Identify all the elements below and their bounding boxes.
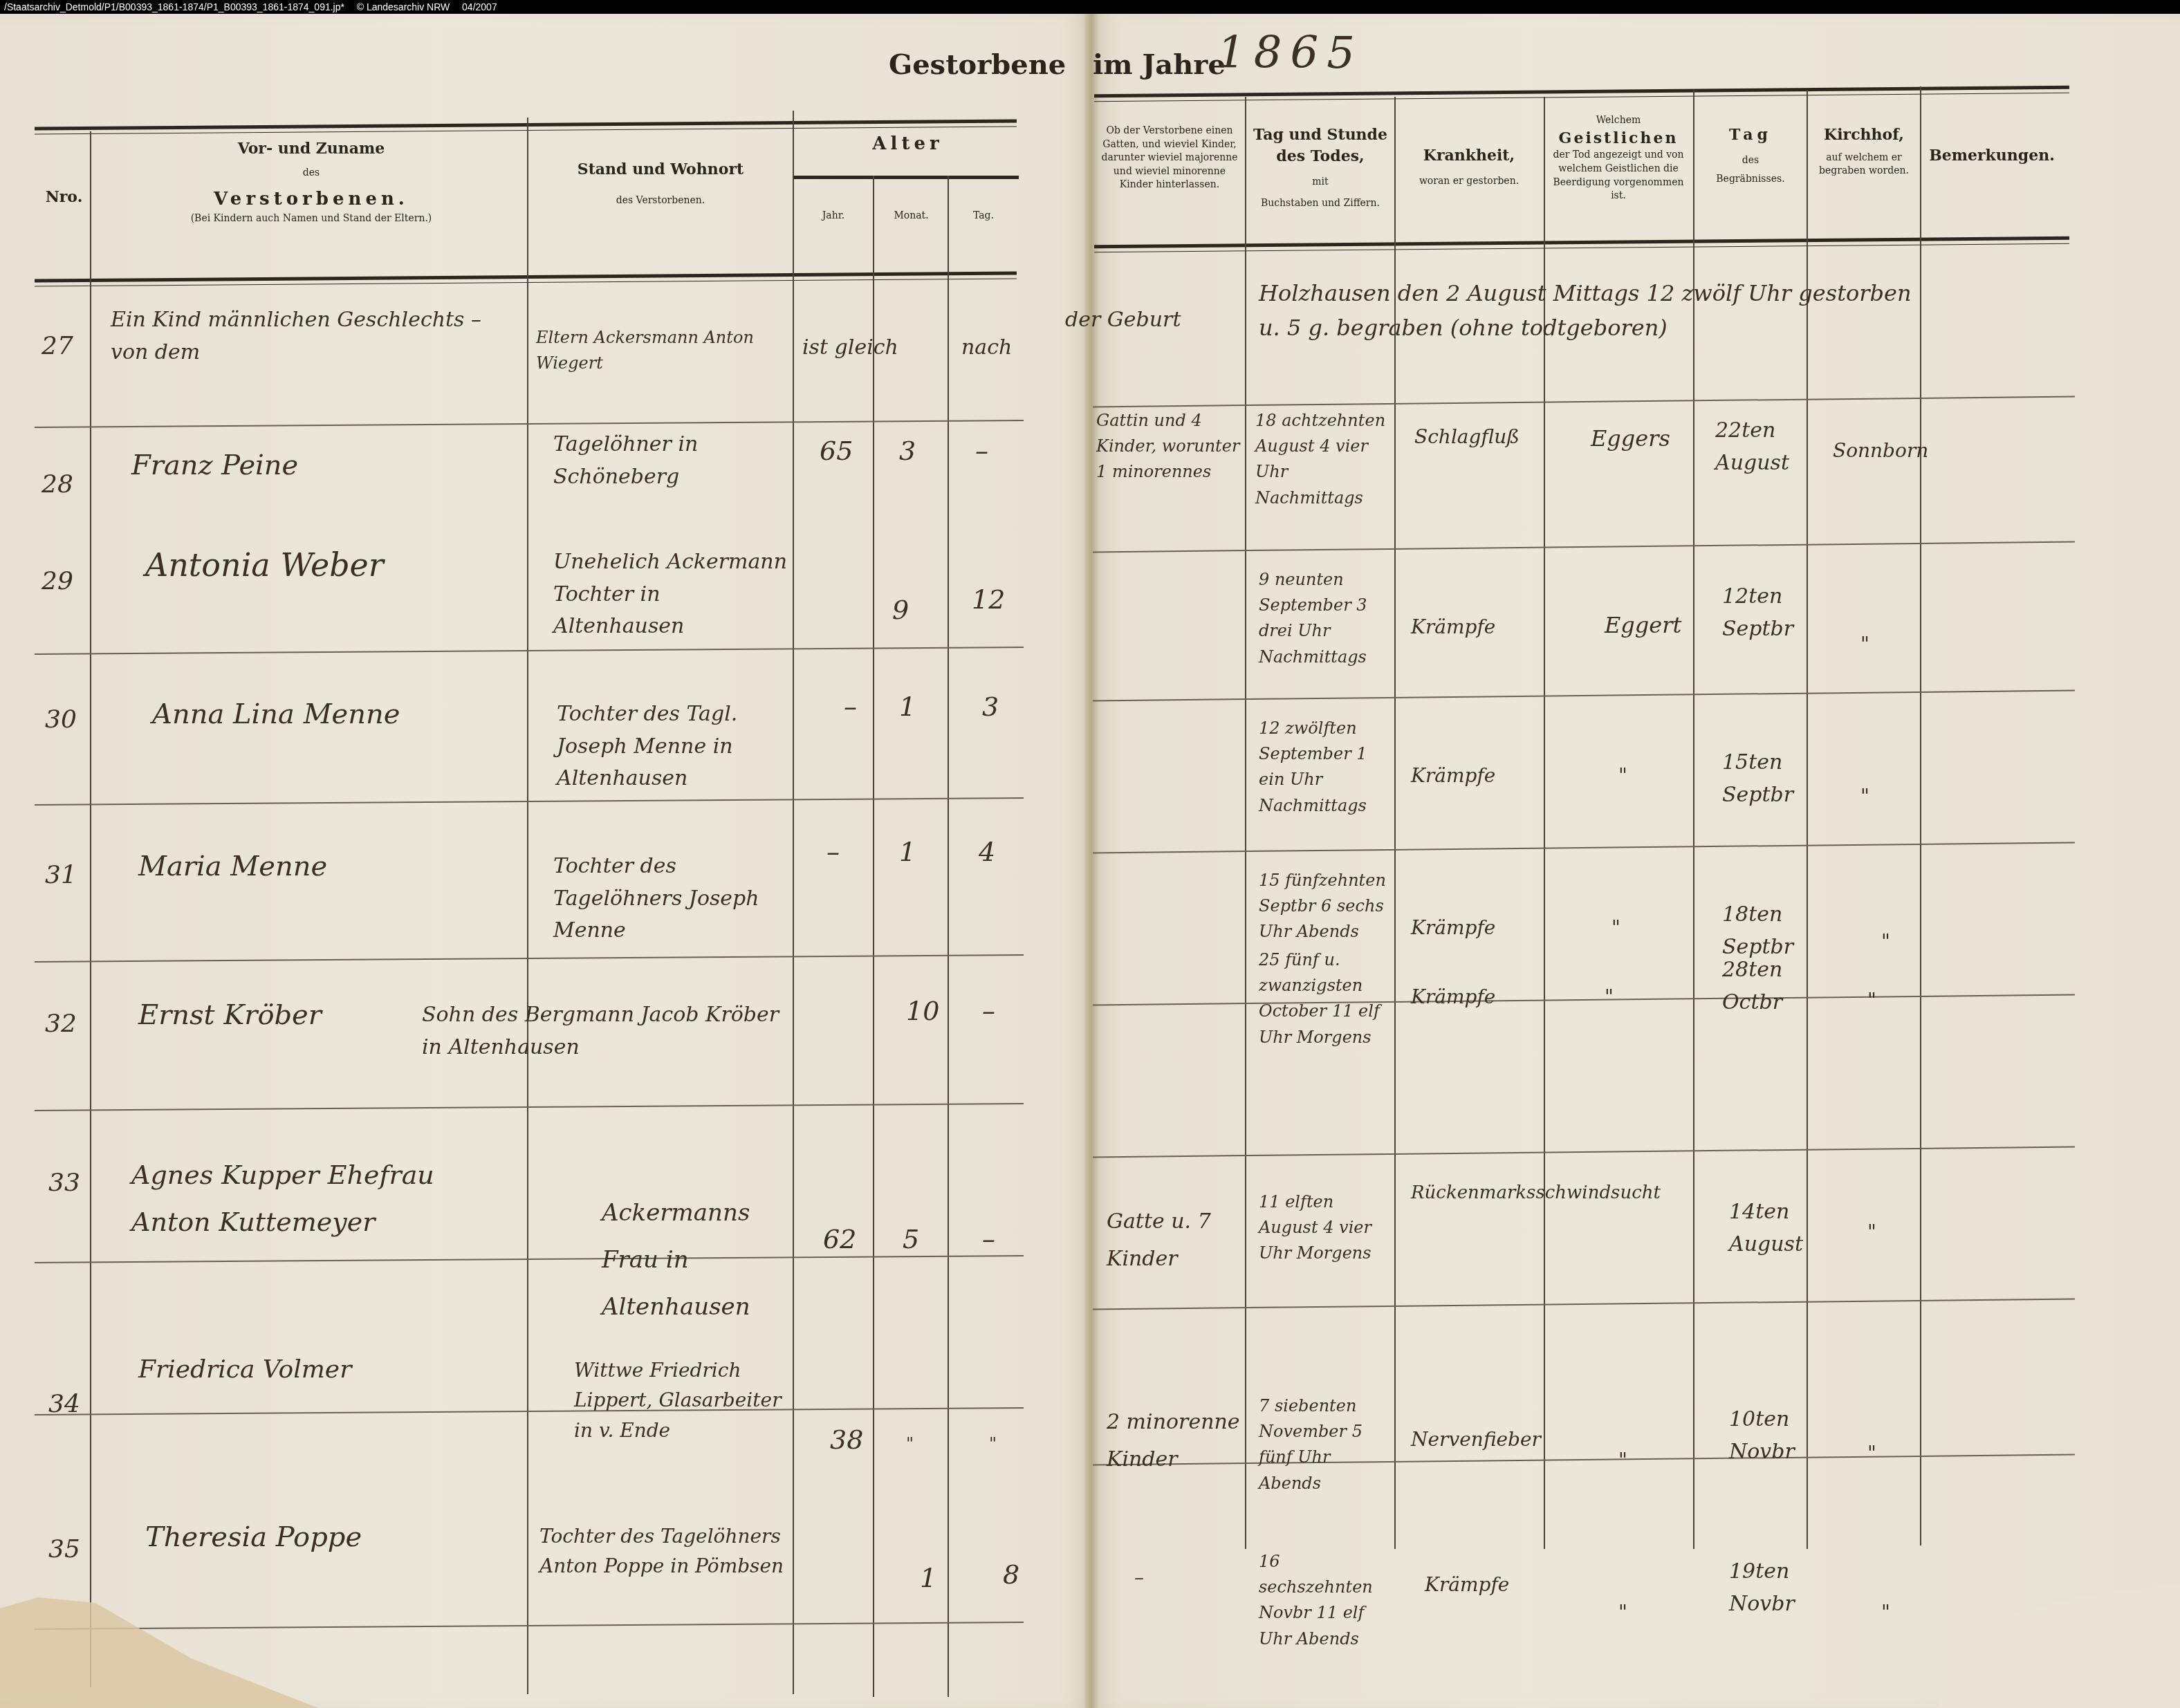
col-divider [527, 118, 528, 1694]
col-header-gatte: Ob der Verstorbene einen Gatten, und wie… [1096, 124, 1243, 192]
col-divider [90, 131, 91, 1687]
col-header-nr: Nro. [38, 187, 90, 208]
heading-im-jahre: im Jahre [1093, 48, 1226, 81]
col-header-bemerkungen: Bemerkungen. [1923, 145, 2061, 167]
file-path: /Staatsarchiv_Detmold/P1/B00393_1861-187… [4, 1, 344, 12]
col-header-tag: Tag. [949, 207, 1018, 223]
book-gutter [1084, 14, 1098, 1708]
col-header-name: Vor- und Zuname des Verstorbenen. (Bei K… [97, 138, 526, 225]
col-divider [793, 111, 794, 1694]
col-header-tod: Tag und Stunde des Todes, mit Buchstaben… [1248, 124, 1392, 211]
heading-year: 1865 [1217, 28, 1363, 79]
col-header-begraebnis: Tag des Begräbnisses. [1696, 124, 1805, 187]
copyright: © Landesarchiv NRW [357, 1, 450, 12]
col-header-stand: Stand und Wohnort des Verstorbenen. [533, 159, 788, 207]
alter-rule [794, 176, 1019, 179]
col-header-kirchhof: Kirchhof, auf welchem er begraben worden… [1809, 124, 1919, 178]
title-bar: /Staatsarchiv_Detmold/P1/B00393_1861-187… [0, 0, 2180, 14]
archive-date: 04/2007 [462, 1, 497, 12]
col-header-jahr: Jahr. [795, 207, 871, 223]
heading-gestorbene: Gestorbene [889, 48, 1066, 81]
col-header-alter: Alter [795, 131, 1020, 156]
col-divider [948, 176, 949, 1697]
col-header-krankheit: Krankheit, woran er gestorben. [1397, 145, 1541, 188]
col-header-monat: Monat. [875, 207, 948, 223]
col-divider [873, 176, 874, 1697]
col-divider [1245, 97, 1246, 1549]
col-header-geistlichen: Welchem Geistlichen der Tod angezeigt un… [1546, 114, 1690, 203]
